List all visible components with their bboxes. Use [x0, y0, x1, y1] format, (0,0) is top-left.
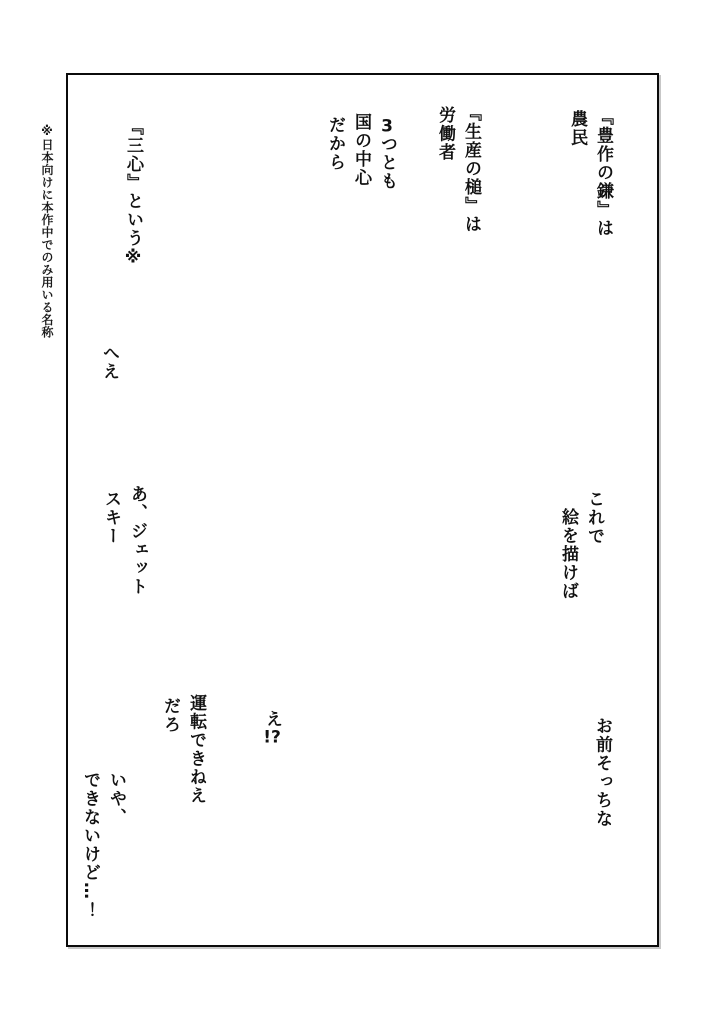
- dialogue-seisan-no-tsuchi: 『生産の槌』は労働者: [432, 104, 484, 234]
- dialogue-sanshin: 『三心』という※: [120, 118, 146, 269]
- dialogue-hee: へえ: [96, 344, 122, 381]
- dialogue-column: 『生産の槌』は: [458, 104, 484, 234]
- dialogue-unten: 運転できねえだろ: [157, 694, 209, 805]
- dialogue-column: だから: [322, 116, 348, 191]
- dialogue-column: できないけど…！: [77, 771, 103, 919]
- dialogue-column: 絵を描けば: [555, 508, 581, 601]
- dialogue-column: 労働者: [432, 106, 458, 234]
- dialogue-korede: これで絵を描けば: [555, 490, 607, 601]
- dialogue-column: 『豊作の鎌』は: [590, 108, 616, 238]
- dialogue-housaku-no-kama: 『豊作の鎌』は農民: [564, 108, 616, 238]
- dialogue-column: だろ: [157, 697, 183, 805]
- dialogue-column: スキー: [98, 490, 124, 596]
- margin-note: ※日本向けに本作中でのみ用いる名称: [39, 124, 55, 339]
- dialogue-column: 運転できねえ: [183, 694, 209, 805]
- dialogue-iya: いや、できないけど…！: [77, 771, 129, 919]
- dialogue-column: 国の中心: [348, 113, 374, 191]
- dialogue-column: お前そっちな: [589, 717, 615, 828]
- dialogue-column: あ、ジェット: [124, 485, 150, 596]
- dialogue-column: 3つとも: [374, 118, 400, 191]
- dialogue-column: 農民: [564, 110, 590, 238]
- dialogue-omae-socchi: お前そっちな: [589, 717, 615, 828]
- dialogue-jet-ski: あ、ジェットスキー: [98, 485, 150, 596]
- dialogue-column: いや、: [103, 771, 129, 919]
- dialogue-e: え!?: [259, 710, 285, 746]
- dialogue-column: これで: [581, 490, 607, 601]
- script-page: ※日本向けに本作中でのみ用いる名称 『豊作の鎌』は農民 『生産の槌』は労働者 3…: [0, 0, 725, 1024]
- dialogue-column: 『三心』という※: [120, 118, 146, 269]
- dialogue-column: へえ: [96, 344, 122, 381]
- dialogue-column: え!?: [259, 710, 285, 746]
- dialogue-mittsutomo: 3つとも国の中心だから: [322, 113, 400, 191]
